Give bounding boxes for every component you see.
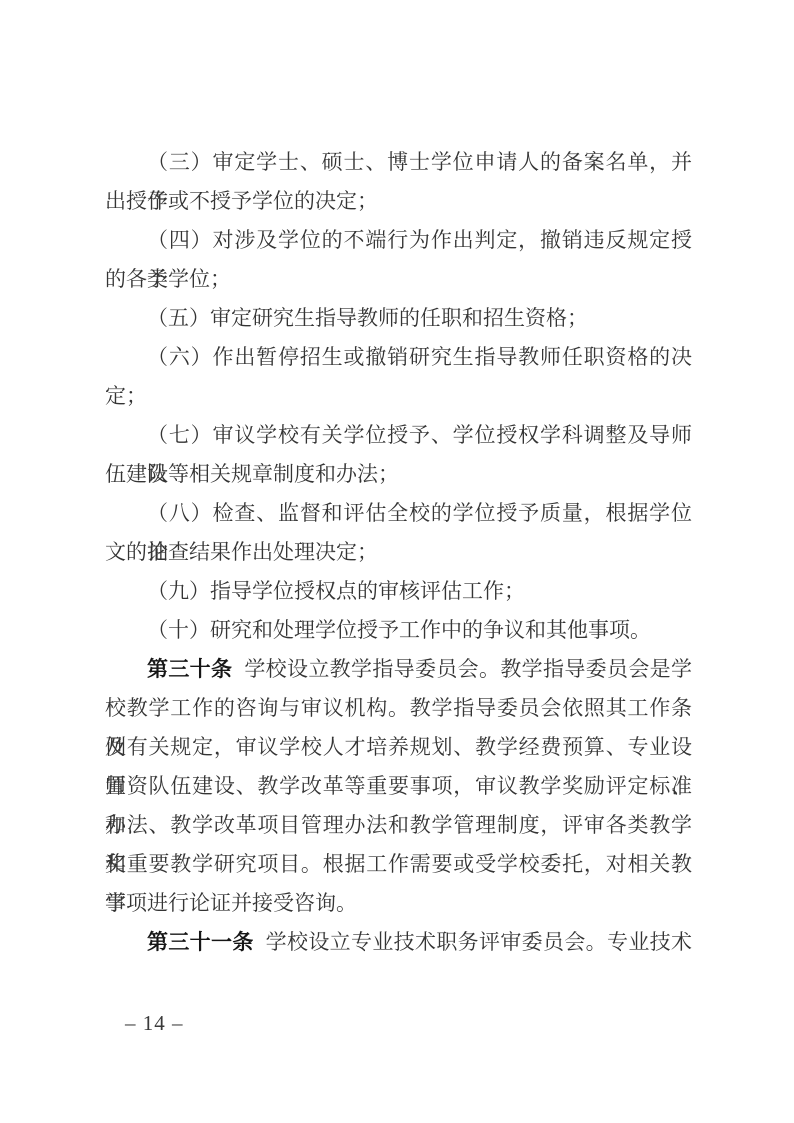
text-line: （五）审定研究生指导教师的任职和招生资格； bbox=[105, 299, 692, 338]
text-line: 的各类学位； bbox=[105, 260, 692, 299]
text-line: 事项进行论证并接受咨询。 bbox=[105, 884, 692, 923]
text-line: （七）审议学校有关学位授予、学位授权学科调整及导师队 bbox=[105, 416, 692, 455]
text-line: 和重要教学研究项目。根据工作需要或受学校委托，对相关教学 bbox=[105, 845, 692, 884]
article-number: 第三十条 bbox=[147, 657, 232, 681]
line-text: 出授予或不授予学位的决定； bbox=[105, 189, 378, 213]
text-line: 定； bbox=[105, 377, 692, 416]
line-text: （十）研究和处理学位授予工作中的争议和其他事项。 bbox=[147, 618, 651, 642]
text-line: 校教学工作的咨询与审议机构。教学指导委员会依照其工作条例 bbox=[105, 689, 692, 728]
article-number: 第三十一条 bbox=[147, 930, 254, 954]
line-text: 学校设立专业技术职务评审委员会。专业技术 bbox=[266, 930, 692, 954]
text-line: （十）研究和处理学位授予工作中的争议和其他事项。 bbox=[105, 611, 692, 650]
text-line: 及有关规定，审议学校人才培养规划、教学经费预算、专业设置、 bbox=[105, 728, 692, 767]
document-body: （三）审定学士、硕士、博士学位申请人的备案名单，并作出授予或不授予学位的决定；（… bbox=[105, 143, 692, 962]
text-line: 办法、教学改革项目管理办法和教学管理制度，评审各类教学奖 bbox=[105, 806, 692, 845]
line-text: 事项进行论证并接受咨询。 bbox=[105, 891, 357, 915]
line-text: 学校设立教学指导委员会。教学指导委员会是学 bbox=[244, 657, 692, 681]
text-line: （八）检查、监督和评估全校的学位授予质量，根据学位论 bbox=[105, 494, 692, 533]
line-text: （九）指导学位授权点的审核评估工作； bbox=[147, 579, 525, 603]
line-text: 伍建设等相关规章制度和办法； bbox=[105, 462, 399, 486]
line-text: 文的抽查结果作出处理决定； bbox=[105, 540, 378, 564]
line-text: 的各类学位； bbox=[105, 267, 231, 291]
line-text: 定； bbox=[105, 384, 147, 408]
text-line: 伍建设等相关规章制度和办法； bbox=[105, 455, 692, 494]
text-line: （三）审定学士、硕士、博士学位申请人的备案名单，并作 bbox=[105, 143, 692, 182]
page-number: – 14 – bbox=[125, 1012, 184, 1034]
text-line: 第三十条学校设立教学指导委员会。教学指导委员会是学 bbox=[105, 650, 692, 689]
document-page: （三）审定学士、硕士、博士学位申请人的备案名单，并作出授予或不授予学位的决定；（… bbox=[0, 0, 794, 1123]
text-line: 出授予或不授予学位的决定； bbox=[105, 182, 692, 221]
text-line: 文的抽查结果作出处理决定； bbox=[105, 533, 692, 572]
text-line: （四）对涉及学位的不端行为作出判定，撤销违反规定授予 bbox=[105, 221, 692, 260]
text-line: （九）指导学位授权点的审核评估工作； bbox=[105, 572, 692, 611]
line-text: （五）审定研究生指导教师的任职和招生资格； bbox=[147, 306, 588, 330]
text-line: 第三十一条学校设立专业技术职务评审委员会。专业技术 bbox=[105, 923, 692, 962]
text-line: （六）作出暂停招生或撤销研究生指导教师任职资格的决 bbox=[105, 338, 692, 377]
line-text: （六）作出暂停招生或撤销研究生指导教师任职资格的决 bbox=[147, 345, 692, 369]
text-line: 师资队伍建设、教学改革等重要事项，审议教学奖励评定标准和 bbox=[105, 767, 692, 806]
